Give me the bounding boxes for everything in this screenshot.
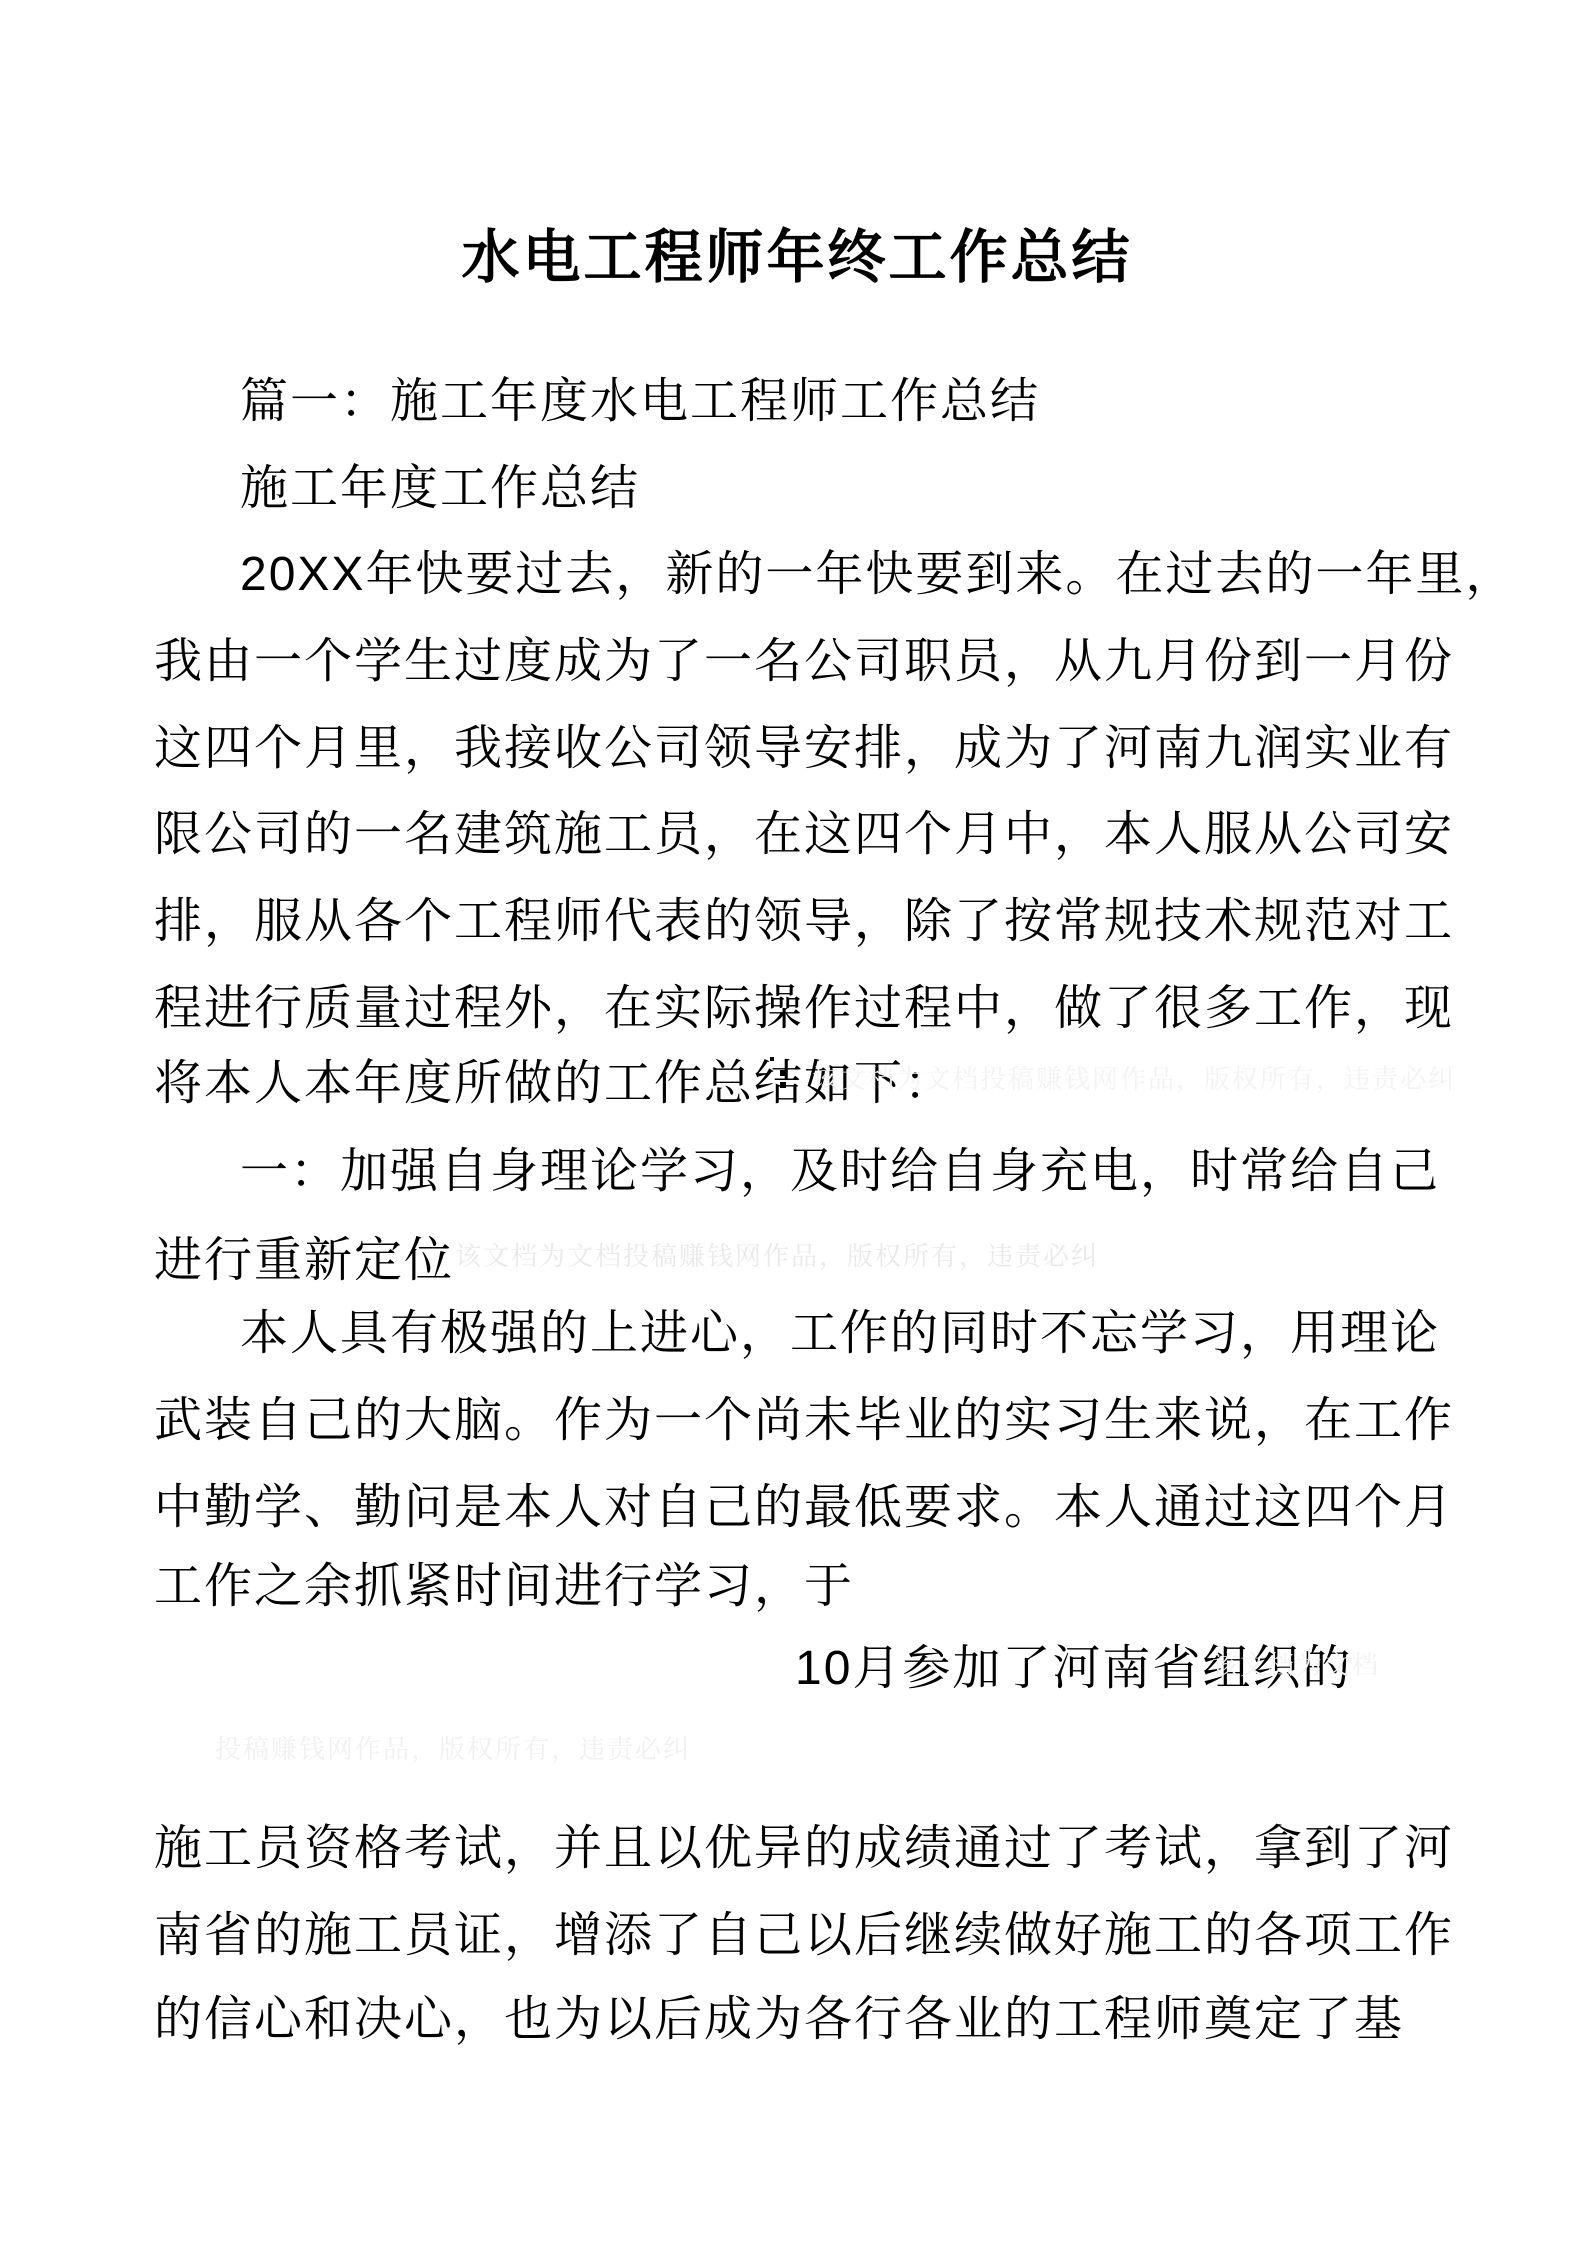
document-page: 水电工程师年终工作总结 篇一：施工年度水电工程师工作总结 施工年度工作总结 20… xyxy=(0,0,1594,2256)
paragraph-line: 施工员资格考试，并且以优异的成绩通过了考试，拿到了河 xyxy=(154,1825,1454,1873)
paragraph-line: 限公司的一名建筑施工员，在这四个月中，本人服从公司安 xyxy=(154,811,1454,859)
paragraph-line: 一：加强自身理论学习，及时给自身充电，时常给自己 xyxy=(240,1148,1440,1196)
watermark-text: 该文档为文档投稿赚钱网作品，版权所有，违责必纠 xyxy=(812,1066,1456,1092)
paragraph-line: 这四个月里，我接收公司领导安排，成为了河南九润实业有 xyxy=(154,725,1454,773)
watermark-text: 该文档为文档投稿赚钱网作品，版权所有，违责必纠 xyxy=(455,1243,1099,1269)
paragraph-line: 武装自己的大脑。作为一个尚未毕业的实习生来说，在工作 xyxy=(154,1397,1454,1445)
paragraph-line: 的信心和决心，也为以后成为各行各业的工程师奠定了基 xyxy=(154,1996,1404,2044)
paragraph-line: 排，服从各个工程师代表的领导，除了按常规技术规范对工 xyxy=(154,898,1454,946)
paragraph-line: 工作之余抓紧时间进行学习，于 xyxy=(154,1563,854,1611)
paragraph-line: 中勤学、勤问是本人对自己的最低要求。本人通过这四个月 xyxy=(154,1484,1454,1532)
paragraph-line: 南省的施工员证，增添了自己以后继续做好施工的各项工作 xyxy=(154,1912,1454,1960)
paragraph-line: 施工年度工作总结 xyxy=(240,465,640,513)
paragraph-line: 程进行质量过程外，在实际操作过程中，做了很多工作，现 xyxy=(154,985,1454,1033)
watermark-text: 投稿赚钱网作品，版权所有，违责必纠 xyxy=(215,1736,691,1762)
paragraph-line: 篇一：施工年度水电工程师工作总结 xyxy=(240,378,1040,426)
paragraph-line: 进行重新定位 xyxy=(154,1237,454,1285)
paragraph-line: 本人具有极强的上进心，工作的同时不忘学习，用理论 xyxy=(240,1310,1440,1358)
artifact-square xyxy=(780,1082,786,1088)
artifact-square xyxy=(780,1070,786,1076)
watermark-text: 该文档为文档 xyxy=(1212,1652,1380,1678)
artifact-square xyxy=(770,1057,774,1061)
document-title: 水电工程师年终工作总结 xyxy=(0,210,1594,294)
paragraph-line: 20XX年快要过去，新的一年快要到来。在过去的一年里， xyxy=(240,551,1515,599)
paragraph-line: 我由一个学生过度成为了一名公司职员，从九月份到一月份 xyxy=(154,638,1454,686)
